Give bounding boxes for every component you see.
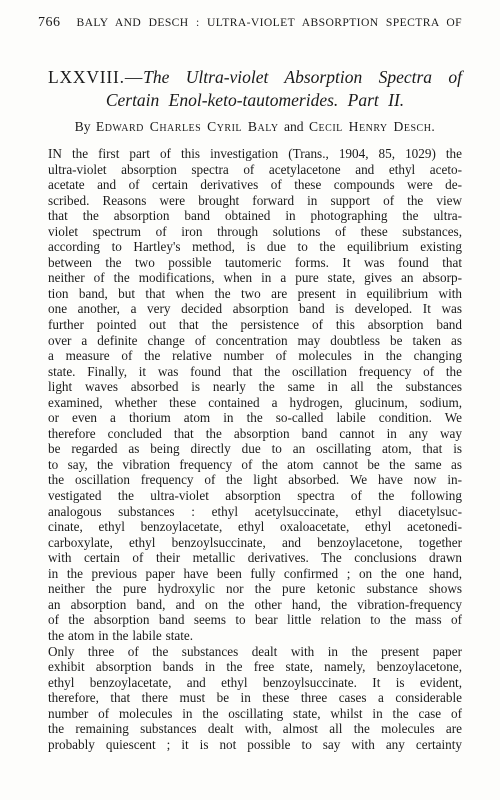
text-line: acetate and of certain derivatives of th…	[48, 177, 462, 193]
text-line: light waves absorbed is nearly the same …	[48, 379, 462, 395]
text-line: state. Finally, it was found that the os…	[48, 364, 462, 380]
text-line: the remaining substances dealt with, alm…	[48, 721, 462, 737]
text-line: carboxylate, ethyl benzoylsuccinate, and…	[48, 535, 462, 551]
journal-page: 766 BALY AND DESCH : ULTRA-VIOLET ABSORP…	[0, 0, 500, 800]
text-line: neither of the modifications, when in a …	[48, 270, 462, 286]
text-line: scribed. Reasons were brought forward in…	[48, 193, 462, 209]
paragraph-1: IN the first part of this investigation …	[48, 146, 462, 644]
byline: By Edward Charles Cyril Baly and Cecil H…	[48, 119, 462, 135]
text-line: an absorption band, and on the other han…	[48, 597, 462, 613]
text-line: be regarded as being directly due to an …	[48, 441, 462, 457]
text-line: probably quiescent ; it is not possible …	[48, 737, 462, 753]
text-line: according to Hartley's method, is due to…	[48, 239, 462, 255]
text-line: cinate, ethyl benzoylacetate, ethyl oxal…	[48, 519, 462, 535]
text-line: between the two possible tautomeric form…	[48, 255, 462, 271]
text-line: therefore, that there must be in these t…	[48, 690, 462, 706]
text-line: ultra-violet absorption spectra of acety…	[48, 162, 462, 178]
text-line: the oscillation frequency of the light a…	[48, 472, 462, 488]
text-line: tion band, but that when the two are pre…	[48, 286, 462, 302]
article-title-text: The Ultra-violet Absorption Spectra of	[143, 67, 462, 87]
text-line: the atom in the labile state.	[48, 628, 462, 644]
text-line: vestigated the ultra-violet absorption s…	[48, 488, 462, 504]
text-line: therefore concluded that the absorption …	[48, 426, 462, 442]
text-line: of the absorption band seems to bear lit…	[48, 612, 462, 628]
running-title: BALY AND DESCH : ULTRA-VIOLET ABSORPTION…	[77, 15, 463, 30]
page-number: 766	[38, 15, 61, 30]
text-line: neither the pure hydroxylic nor the pure…	[48, 581, 462, 597]
article-title-line-2: Certain Enol-keto-tautomerides. Part II.	[48, 89, 462, 112]
text-line: further pointed out that the persistence…	[48, 317, 462, 333]
text-line: violet spectrum of iron through solution…	[48, 224, 462, 240]
text-line: analogous substances : ethyl acetylsucci…	[48, 504, 462, 520]
text-line: with certain of their metallic derivativ…	[48, 550, 462, 566]
article-title-line-1: LXXVIII.—The Ultra-violet Absorption Spe…	[48, 66, 462, 89]
text-line: number of molecules in the oscillating s…	[48, 706, 462, 722]
text-line: IN the first part of this investigation …	[48, 146, 462, 162]
text-line: ethyl benzoylacetate, and ethyl benzoyls…	[48, 675, 462, 691]
paragraph-2: Only three of the substances dealt with …	[48, 644, 462, 753]
text-line: exhibit absorption bands in the free sta…	[48, 659, 462, 675]
running-head: 766 BALY AND DESCH : ULTRA-VIOLET ABSORP…	[38, 15, 462, 30]
text-line: in the previous paper have been fully co…	[48, 566, 462, 582]
text-line: or even a thorium atom in the so-called …	[48, 410, 462, 426]
text-line: examined, whether these contained a hydr…	[48, 395, 462, 411]
text-line: Only three of the substances dealt with …	[48, 644, 462, 660]
text-line: over a definite change of concentration …	[48, 333, 462, 349]
author-1: Edward Charles Cyril Baly	[96, 119, 279, 134]
text-line: a measure of the relative number of mole…	[48, 348, 462, 364]
article-body: IN the first part of this investigation …	[48, 146, 462, 752]
byline-prefix: By	[75, 119, 96, 134]
article-number: LXXVIII.—	[48, 67, 143, 87]
text-line: one another, a very decided absorption b…	[48, 301, 462, 317]
text-line: that the absorption band obtained in pho…	[48, 208, 462, 224]
text-line: to say, the vibration frequency of the a…	[48, 457, 462, 473]
article-title: LXXVIII.—The Ultra-violet Absorption Spe…	[48, 66, 462, 112]
author-2: Cecil Henry Desch.	[309, 119, 435, 134]
byline-conjunction: and	[279, 119, 309, 134]
